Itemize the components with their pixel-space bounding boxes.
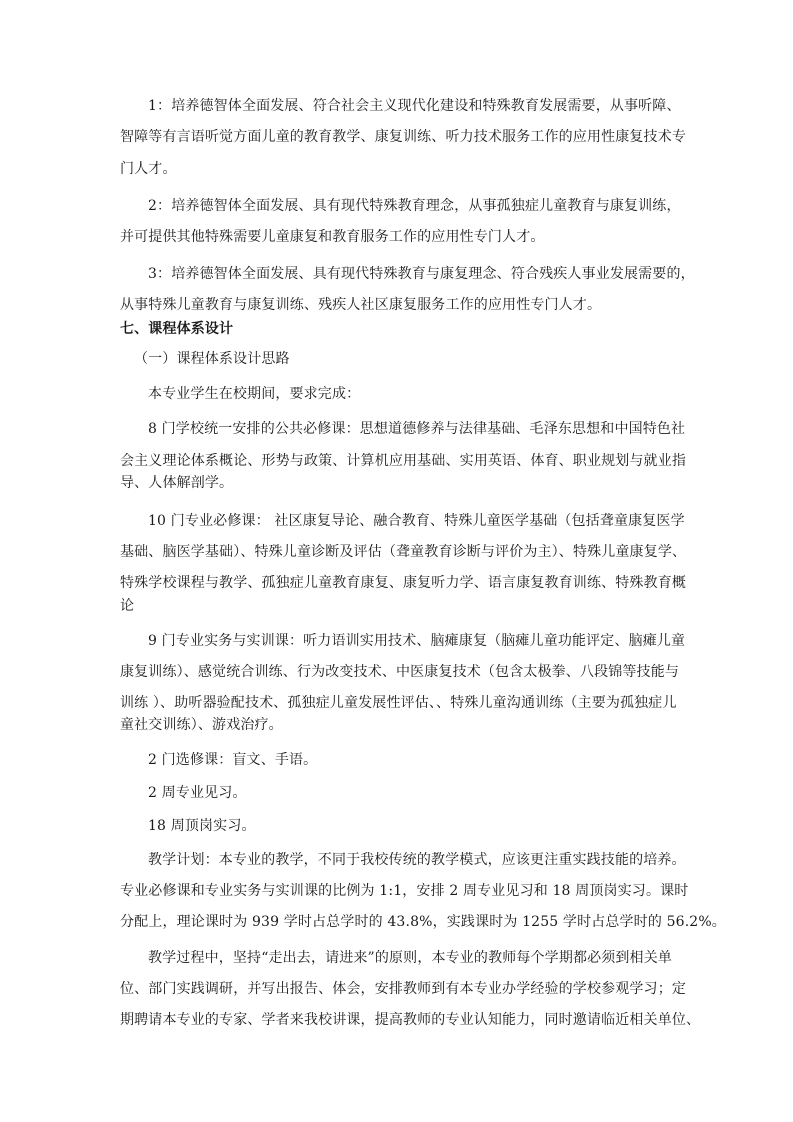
paragraph-practical-courses-cont: 训练 ）、助听器验配技术、孤独症儿童发展性评估、、特殊儿童沟通训练（主要为孤独症…: [120, 694, 677, 712]
paragraph-teaching-process-cont: 期聘请本专业的专家、学者来我校讲课，提高教师的专业认知能力，同时邀请临近相关单位…: [120, 1011, 700, 1029]
paragraph-teaching-plan-cont: 分配上，理论课时为 939 学时占总学时的 43.8%，实践课时为 1255 学…: [120, 913, 726, 931]
paragraph-goal-1-cont: 智障等有言语听觉方面儿童的教育教学、康复训练、听力技术服务工作的应用性康复技术专: [120, 128, 686, 146]
paragraph-goal-3-cont: 从事特殊儿童教育与康复训练、残疾人社区康复服务工作的应用性专门人才。: [120, 296, 601, 314]
paragraph-practical-courses-cont: 童社交训练）、游戏治疗。: [120, 716, 283, 734]
paragraph-public-courses: 8 门学校统一安排的公共必修课：思想道德修养与法律基础、毛泽东思想和中国特色社: [148, 420, 685, 438]
paragraph-major-required-cont: 论: [120, 597, 134, 615]
paragraph-teaching-plan-cont: 专业必修课和专业实务与实训课的比例为 1:1，安排 2 周专业见习和 18 周顶…: [120, 882, 688, 900]
section-heading: 七、课程体系设计: [120, 320, 233, 338]
paragraph-teaching-process-cont: 位、部门实践调研，并写出报告、体会，安排教师到有本专业办学经验的学校参观学习；定: [120, 980, 686, 998]
paragraph-teaching-plan: 教学计划：本专业的教学，不同于我校传统的教学模式，应该更注重实践技能的培养。: [148, 851, 686, 869]
paragraph-goal-1-cont: 门人才。: [120, 160, 177, 178]
paragraph-major-required: 10 门专业必修课： 社区康复导论、融合教育、特殊儿童医学基础（包括聋童康复医学: [148, 512, 685, 530]
paragraph-practical-courses-cont: 康复训练）、感觉统合训练、行为改变技术、中医康复技术（包含太极拳、八段锦等技能与: [120, 663, 679, 681]
paragraph-observation: 2 周专业见习。: [148, 784, 247, 802]
paragraph-goal-2: 2：培养德智体全面发展、具有现代特殊教育理念，从事孤独症儿童教育与康复训练，: [148, 197, 681, 215]
paragraph-intro: 本专业学生在校期间，要求完成：: [148, 385, 360, 403]
paragraph-internship: 18 周顶岗实习。: [148, 817, 256, 835]
paragraph-major-required-cont: 基础、脑医学基础）、特殊儿童诊断及评估（聋童教育诊断与评价为主）、特殊儿童康复学…: [120, 543, 686, 561]
paragraph-goal-2-cont: 并可提供其他特殊需要儿童康复和教育服务工作的应用性专门人才。: [120, 228, 545, 246]
paragraph-electives: 2 门选修课：盲文、手语。: [148, 751, 317, 769]
paragraph-major-required-cont: 特殊学校课程与教学、孤独症儿童教育康复、康复听力学、语言康复教育训练、特殊教育概: [120, 574, 686, 592]
subsection-heading: （一）课程体系设计思路: [134, 350, 290, 368]
paragraph-practical-courses: 9 门专业实务与实训课：听力语训实用技术、脑瘫康复（脑瘫儿童功能评定、脑瘫儿童: [148, 632, 685, 650]
paragraph-public-courses-cont: 导、人体解剖学。: [120, 474, 233, 492]
paragraph-goal-3: 3：培养德智体全面发展、具有现代特殊教育与康复理念、符合残疾人事业发展需要的，: [148, 265, 695, 283]
paragraph-goal-1: 1：培养德智体全面发展、符合社会主义现代化建设和特殊教育发展需要，从事听障、: [148, 97, 681, 115]
paragraph-public-courses-cont: 会主义理论体系概论、形势与政策、计算机应用基础、实用英语、体育、职业规划与就业指: [120, 452, 686, 470]
paragraph-teaching-process: 教学过程中，坚持“走出去，请进来”的原则，本专业的教师每个学期都必须到相关单: [148, 949, 672, 967]
